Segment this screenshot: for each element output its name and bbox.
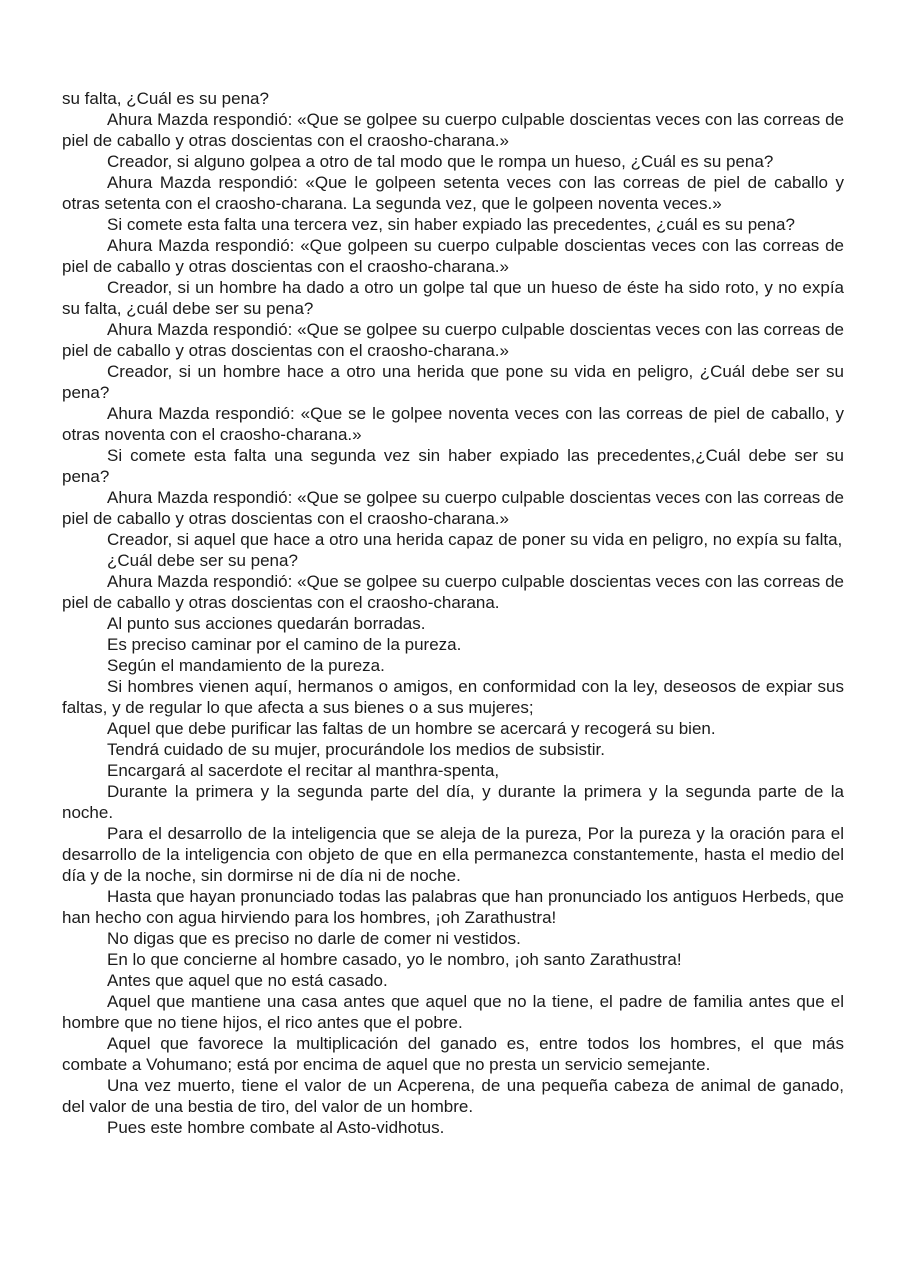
document-page: su falta, ¿Cuál es su pena?Ahura Mazda r… — [0, 0, 905, 1280]
paragraph: Tendrá cuidado de su mujer, procurándole… — [62, 739, 844, 760]
paragraph: Creador, si aquel que hace a otro una he… — [62, 529, 844, 550]
text-block: su falta, ¿Cuál es su pena?Ahura Mazda r… — [62, 88, 844, 1138]
paragraph: En lo que concierne al hombre casado, yo… — [62, 949, 844, 970]
paragraph: Encargará al sacerdote el recitar al man… — [62, 760, 844, 781]
paragraph: No digas que es preciso no darle de come… — [62, 928, 844, 949]
paragraph: Ahura Mazda respondió: «Que se le golpee… — [62, 403, 844, 445]
paragraph: Antes que aquel que no está casado. — [62, 970, 844, 991]
paragraph: Ahura Mazda respondió: «Que se golpee su… — [62, 571, 844, 613]
paragraph: Pues este hombre combate al Asto-vidhotu… — [62, 1117, 844, 1138]
paragraph: Creador, si un hombre ha dado a otro un … — [62, 277, 844, 319]
paragraph: Ahura Mazda respondió: «Que se golpee su… — [62, 319, 844, 361]
paragraph: Aquel que favorece la multiplicación del… — [62, 1033, 844, 1075]
paragraph: Si hombres vienen aquí, hermanos o amigo… — [62, 676, 844, 718]
paragraph: Durante la primera y la segunda parte de… — [62, 781, 844, 823]
paragraph: ¿Cuál debe ser su pena? — [62, 550, 844, 571]
paragraph: su falta, ¿Cuál es su pena? — [62, 88, 844, 109]
paragraph: Si comete esta falta una segunda vez sin… — [62, 445, 844, 487]
paragraph: Ahura Mazda respondió: «Que se golpee su… — [62, 109, 844, 151]
paragraph: Una vez muerto, tiene el valor de un Acp… — [62, 1075, 844, 1117]
paragraph: Según el mandamiento de la pureza. — [62, 655, 844, 676]
paragraph: Ahura Mazda respondió: «Que se golpee su… — [62, 487, 844, 529]
paragraph: Creador, si un hombre hace a otro una he… — [62, 361, 844, 403]
paragraph: Ahura Mazda respondió: «Que le golpeen s… — [62, 172, 844, 214]
paragraph: Para el desarrollo de la inteligencia qu… — [62, 823, 844, 886]
paragraph: Aquel que debe purificar las faltas de u… — [62, 718, 844, 739]
paragraph: Ahura Mazda respondió: «Que golpeen su c… — [62, 235, 844, 277]
paragraph: Al punto sus acciones quedarán borradas. — [62, 613, 844, 634]
paragraph: Hasta que hayan pronunciado todas las pa… — [62, 886, 844, 928]
paragraph: Es preciso caminar por el camino de la p… — [62, 634, 844, 655]
paragraph: Si comete esta falta una tercera vez, si… — [62, 214, 844, 235]
paragraph: Aquel que mantiene una casa antes que aq… — [62, 991, 844, 1033]
paragraph: Creador, si alguno golpea a otro de tal … — [62, 151, 844, 172]
